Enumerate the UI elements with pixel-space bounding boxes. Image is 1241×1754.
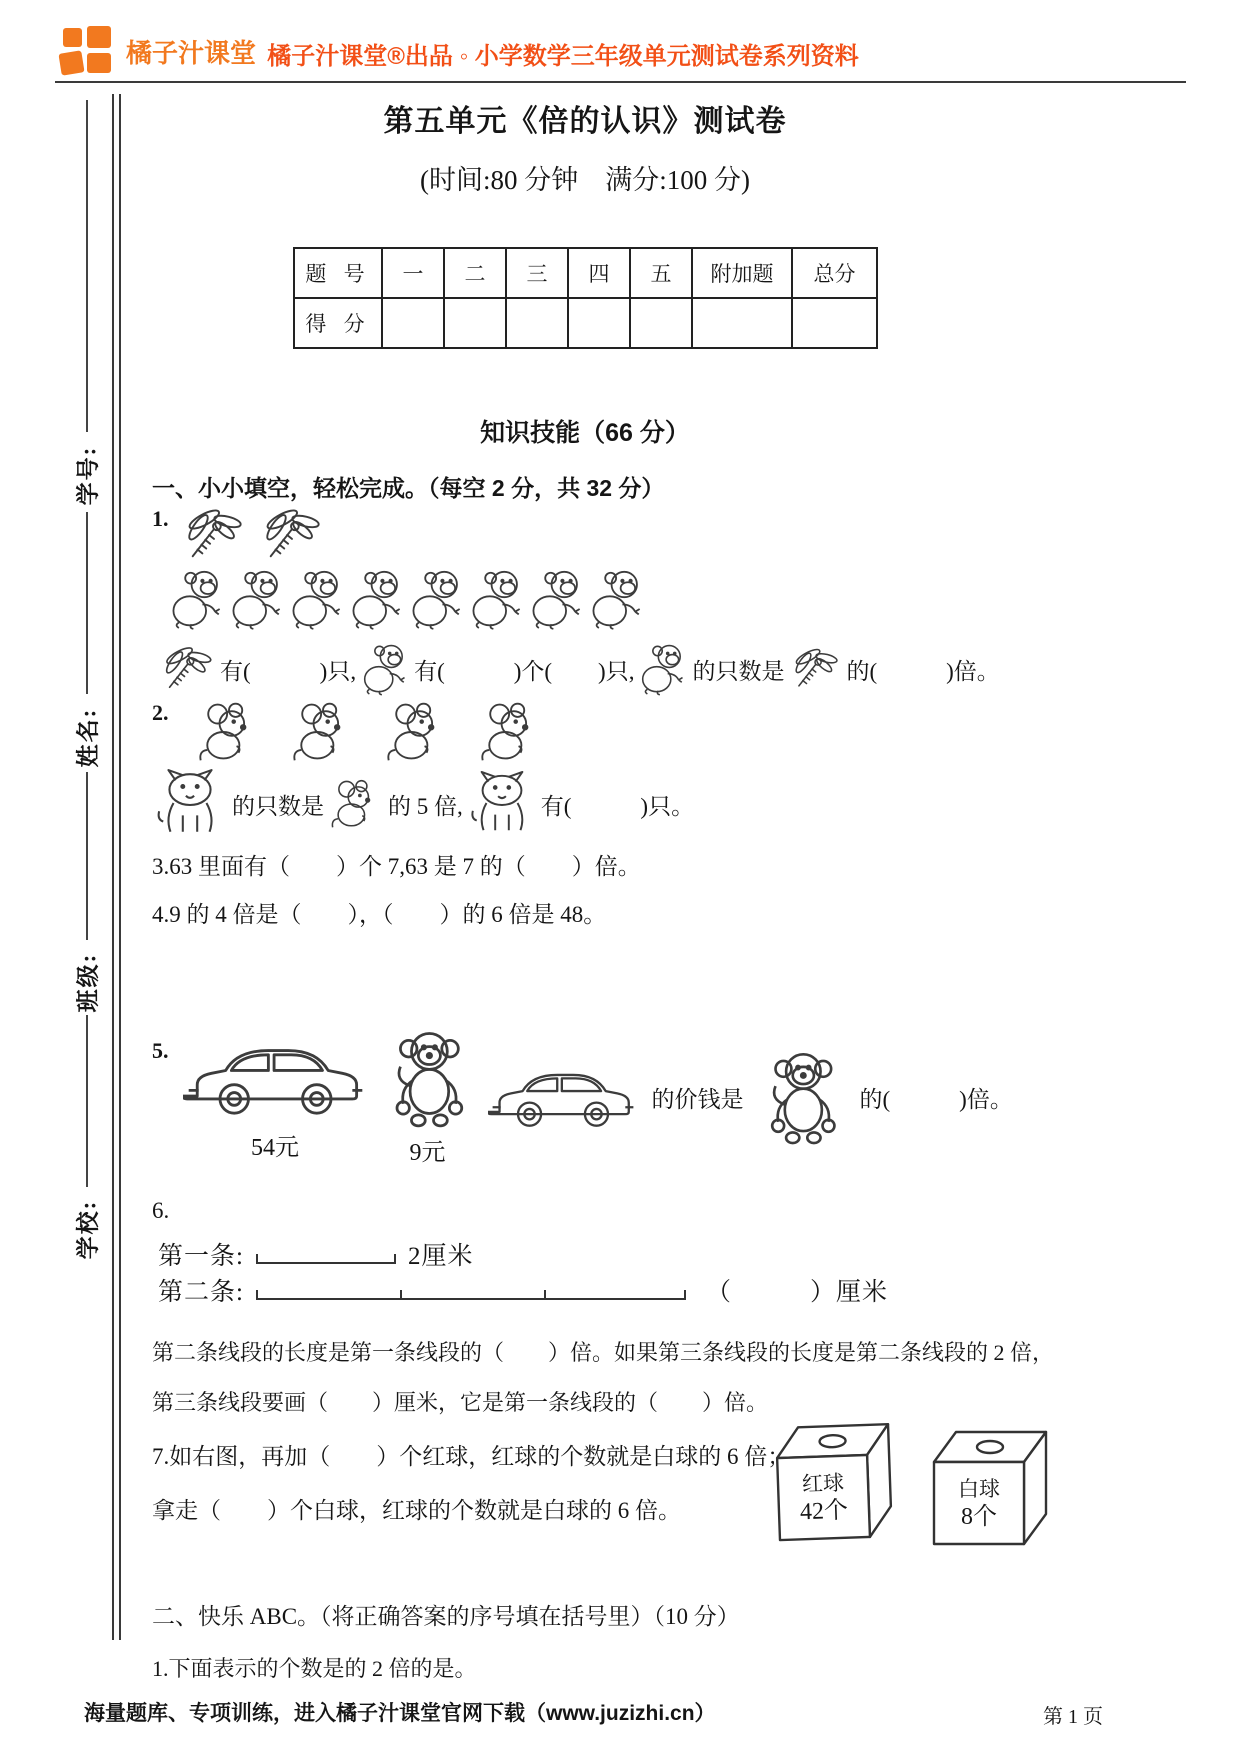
red-ball-count: 42个 <box>800 1496 849 1528</box>
student-id-label: 学号: <box>58 438 114 512</box>
q1-monkey-row <box>168 566 646 632</box>
monkey-icon <box>228 566 286 632</box>
section2-heading: 二、快乐 ABC。（将正确答案的序号填在括号里）（10 分） <box>152 1598 740 1631</box>
score-table-score-row: 得 分 <box>294 298 877 348</box>
q2-text-1: 的只数是 <box>232 788 324 821</box>
score-table: 题 号 一 二 三 四 五 附加题 总分 得 分 <box>293 247 878 349</box>
q1-dragonfly-row: 1. <box>152 506 325 564</box>
score-col-bonus: 附加题 <box>692 248 792 298</box>
monkey-icon <box>528 566 586 632</box>
toy-monkey-icon <box>758 1049 846 1147</box>
q6-line2-label: 第二条: <box>158 1272 244 1308</box>
class-writing-line <box>86 772 88 940</box>
header-divider <box>55 81 1186 83</box>
q5-row: 5. 54元 9元 的价钱是 的( )倍。 <box>152 1028 1013 1167</box>
mouse-icon <box>383 700 451 764</box>
mouse-icon <box>477 700 545 764</box>
red-ball-box-label: 红球 42个 <box>777 1457 870 1540</box>
score-cell <box>692 298 792 348</box>
monkey-icon <box>288 566 346 632</box>
seal-line <box>112 94 121 1640</box>
q6-line1-length: 2厘米 <box>408 1236 474 1272</box>
question-group-1-intro: 一、小小填空，轻松完成。（每空 2 分，共 32 分） <box>152 470 664 503</box>
toy-monkey-icon <box>382 1028 474 1130</box>
class-label: 班级: <box>58 945 114 1019</box>
q6-segment-row-2: 第二条: （ ）厘米 <box>158 1272 888 1308</box>
q2-text-2: 的 5 倍, <box>388 788 463 821</box>
mouse-icon <box>195 700 263 764</box>
q2-text-3: 有( )只。 <box>541 788 694 821</box>
dragonfly-icon <box>257 506 325 564</box>
score-row-label: 得 分 <box>294 298 382 348</box>
red-ball-name: 红球 <box>802 1470 845 1498</box>
mouse-icon <box>328 777 384 831</box>
school-label: 学校: <box>58 1192 114 1266</box>
school-writing-line <box>86 1015 88 1187</box>
score-col-total: 总分 <box>792 248 877 298</box>
q6-paragraph-2: 第三条线段要画（ ）厘米，它是第一条线段的（ ）倍。 <box>152 1386 768 1417</box>
name-writing-line <box>86 512 88 694</box>
segment-tick <box>400 1290 402 1298</box>
q1-text-2: 有( )个( )只, <box>414 653 634 686</box>
q6-number: 6. <box>152 1198 169 1224</box>
white-ball-box: 白球 8个 <box>928 1428 1060 1548</box>
section2-q1: 1.下面表示的个数是的 2 倍的是。 <box>152 1652 477 1683</box>
q6-paragraph-1: 第二条线段的长度是第一条线段的（ ）倍。如果第三条线段的长度是第二条线段的 2 … <box>152 1336 1054 1367</box>
monkey-icon <box>408 566 466 632</box>
monkey-icon <box>588 566 646 632</box>
q6-segment-row-1: 第一条: 2厘米 <box>158 1236 473 1272</box>
score-cell <box>444 298 506 348</box>
dragonfly-icon <box>179 506 247 564</box>
q5-text-1: 的价钱是 <box>652 1081 744 1114</box>
line-segment-1 <box>256 1254 396 1264</box>
monkey-icon <box>360 640 410 698</box>
monkey-icon <box>468 566 526 632</box>
section1-heading: 知识技能（66 分） <box>150 413 1020 449</box>
line-segment-2 <box>256 1290 686 1300</box>
dragonfly-icon <box>788 646 842 692</box>
brand-logo: 橘子汁课堂 <box>60 26 256 76</box>
q2-number: 2. <box>152 700 169 726</box>
header-banner: 橘子汁课堂®出品 ◦ 小学数学三年级单元测试卷系列资料 <box>238 36 888 71</box>
score-table-corner: 题 号 <box>294 248 382 298</box>
q1-text-1: 有( )只, <box>220 653 356 686</box>
monkey-icon <box>638 640 688 698</box>
dragonfly-icon <box>158 644 216 694</box>
red-ball-box: 红球 42个 <box>770 1420 906 1545</box>
student-id-writing-line <box>86 100 88 432</box>
score-col-3: 三 <box>506 248 568 298</box>
white-ball-box-label: 白球 8个 <box>934 1464 1024 1544</box>
q6-line1-label: 第一条: <box>158 1236 244 1272</box>
monkey-icon <box>348 566 406 632</box>
paper-subtitle: (时间:80 分钟 满分:100 分) <box>150 158 1020 197</box>
score-cell <box>630 298 692 348</box>
q7-line-1: 7.如右图，再加（ ）个红球，红球的个数就是白球的 6 倍； <box>152 1438 790 1471</box>
monkey-price-label: 9元 <box>410 1132 446 1167</box>
name-label: 姓名: <box>58 700 114 774</box>
car-price-label: 54元 <box>251 1127 299 1162</box>
q6-line2-length: （ ）厘米 <box>706 1272 888 1308</box>
white-ball-count: 8个 <box>961 1502 997 1532</box>
score-col-4: 四 <box>568 248 630 298</box>
monkey-icon <box>168 566 226 632</box>
score-cell <box>382 298 444 348</box>
score-col-2: 二 <box>444 248 506 298</box>
q5-monkey-with-price: 9元 <box>382 1028 474 1167</box>
q4-text: 4.9 的 4 倍是（ ），（ ）的 6 倍是 48。 <box>152 896 606 929</box>
page-number: 第 1 页 <box>1043 1700 1103 1729</box>
q5-car-with-price: 54元 <box>183 1033 368 1162</box>
q1-number: 1. <box>152 506 169 532</box>
score-cell <box>792 298 877 348</box>
mouse-icon <box>289 700 357 764</box>
segment-tick <box>544 1290 546 1298</box>
white-ball-name: 白球 <box>958 1476 1000 1502</box>
score-cell <box>506 298 568 348</box>
q2-mouse-row: 2. <box>152 700 545 764</box>
car-icon <box>488 1060 638 1136</box>
score-table-header-row: 题 号 一 二 三 四 五 附加题 总分 <box>294 248 877 298</box>
q1-text-4: 的( )倍。 <box>846 653 999 686</box>
q1-fill-line: 有( )只, 有( )个( )只, 的只数是 的( )倍。 <box>158 640 1000 698</box>
cat-icon <box>152 768 228 840</box>
footer-promo-text: 海量题库、专项训练，进入橘子汁课堂官网下载（www.juzizhi.cn） <box>84 1697 716 1727</box>
cat-icon <box>467 770 537 838</box>
car-icon <box>183 1033 368 1125</box>
score-cell <box>568 298 630 348</box>
test-paper-page: 橘子汁课堂 橘子汁课堂®出品 ◦ 小学数学三年级单元测试卷系列资料 学号: 姓名… <box>0 0 1241 1754</box>
q2-fill-line: 的只数是 的 5 倍, 有( )只。 <box>152 768 694 840</box>
q5-number: 5. <box>152 1038 169 1064</box>
brand-name: 橘子汁课堂 <box>126 33 256 70</box>
score-col-5: 五 <box>630 248 692 298</box>
orange-tiles-logo-icon <box>60 26 116 76</box>
q7-line-2: 拿走（ ）个白球，红球的个数就是白球的 6 倍。 <box>152 1492 681 1525</box>
q3-text: 3.63 里面有（ ）个 7,63 是 7 的（ ）倍。 <box>152 848 641 881</box>
score-col-1: 一 <box>382 248 444 298</box>
q5-text-2: 的( )倍。 <box>860 1081 1013 1114</box>
q1-text-3: 的只数是 <box>692 653 784 686</box>
paper-title: 第五单元《倍的认识》测试卷 <box>150 96 1020 140</box>
